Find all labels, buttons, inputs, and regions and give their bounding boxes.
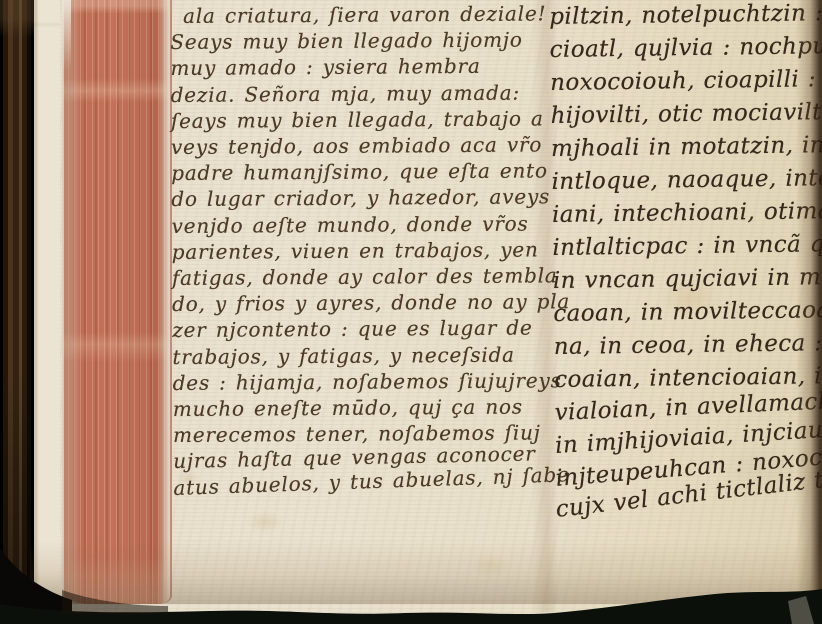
right-text-column: piltzin, notelpuchtzin : mcioatl, qujlvi… bbox=[549, 0, 822, 529]
manuscript-text-line: des : hijamja, noſabemos ſiujujreys bbox=[173, 367, 553, 396]
manuscript-text-line: venjdo aeſte mundo, donde vr̃os bbox=[171, 210, 551, 239]
manuscript-text-line: ſeays muy bien llegada, trabajo a bbox=[171, 105, 551, 134]
manuscript-text-line: in vncan qujciavi in moco bbox=[553, 261, 822, 298]
page-curl-shadow bbox=[30, 540, 822, 604]
manuscript-text-line: iani, intechioani, otimaxiti bbox=[552, 195, 822, 232]
manuscript-text-line: veys tenjdo, aos embiado aca vr̃o bbox=[171, 131, 551, 160]
manuscript-text-line: parientes, viuen en trabajos, yen bbox=[172, 236, 552, 265]
manuscript-text-line: intloque, naoaque, inteio bbox=[551, 162, 822, 199]
manuscript-text-line: hijovilti, otic mociavilti, om bbox=[550, 96, 822, 133]
manuscript-text-line: cioatl, qujlvia : nochpuch bbox=[549, 30, 822, 67]
manuscript-text-line: fatigas, donde ay calor des tembla bbox=[172, 262, 552, 291]
manuscript-text-line: do lugar criador, y hazedor, aveys bbox=[171, 184, 551, 213]
manuscript-text-line: muy amado : ysiera hembra bbox=[170, 53, 550, 82]
manuscript-text-line: mjhoali in motatzin, intl bbox=[551, 129, 822, 166]
manuscript-text-line: na, in ceoa, in eheca : in a bbox=[554, 327, 822, 364]
manuscript-text-line: ala criatura, ſiera varon deziale! bbox=[170, 0, 550, 29]
manuscript-text-line: intlalticpac : in vncã quj hij bbox=[552, 228, 822, 265]
manuscript-text-line: mucho eneſte mūdo, quj ça nos bbox=[173, 393, 553, 422]
manuscript-text-line: do, y frios y ayres, donde no ay pla bbox=[172, 289, 552, 318]
page-fold-shadow bbox=[796, 0, 822, 616]
fore-edge-red-band bbox=[62, 0, 172, 604]
book-binding bbox=[0, 0, 34, 624]
manuscript-text-line: Seays muy bien llegado hijomjo bbox=[170, 27, 550, 56]
manuscript-photo: ala criatura, ſiera varon deziale!Seays … bbox=[0, 0, 822, 624]
manuscript-text-line: padre humanjſsimo, que eſta ento bbox=[171, 158, 551, 187]
manuscript-text-line: dezia. Señora mja, muy amada: bbox=[171, 79, 551, 108]
manuscript-text-line: trabajos, y fatigas, y neceſsida bbox=[172, 341, 552, 370]
manuscript-text-line: piltzin, notelpuchtzin : m bbox=[549, 0, 822, 34]
manuscript-text-line: noxocoiouh, cioapilli : ot bbox=[550, 63, 822, 100]
manuscript-text-line: caoan, in movilteccaoan : m bbox=[553, 294, 822, 331]
left-text-column: ala criatura, ſiera varon deziale!Seays … bbox=[170, 0, 553, 501]
manuscript-text-line: zer njcontento : que es lugar de bbox=[172, 315, 552, 344]
